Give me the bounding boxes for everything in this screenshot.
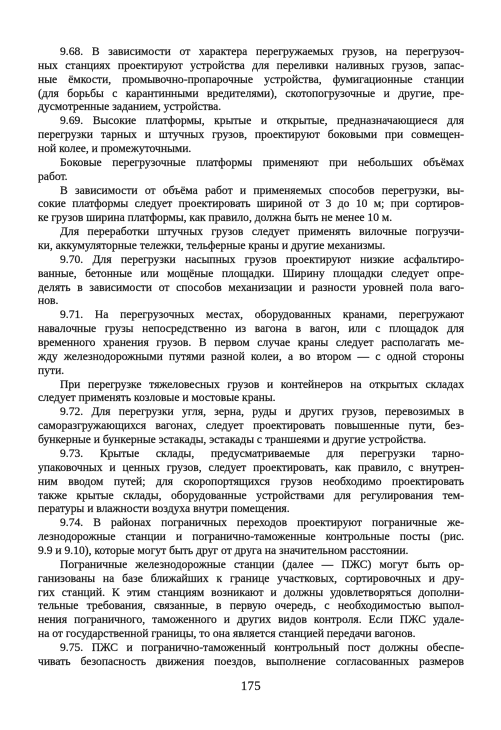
text-line: также крытые склады, оборудованные устро… <box>38 489 464 503</box>
text-line: ке грузов ширина платформы, как правило,… <box>38 211 464 225</box>
text-line: делять в зависимости от способов механиз… <box>38 281 464 295</box>
text-line: ганизованы на базе ближайших к границе у… <box>38 572 464 586</box>
paragraph-border-stations: Пограничные железнодорожные станции (дал… <box>38 558 464 641</box>
text-line: 9.68. В зависимости от характера перегру… <box>38 45 464 59</box>
text-line: сокие платформы следует проектировать ши… <box>38 197 464 211</box>
text-line: ные ёмкости, промывочно-пропарочные устр… <box>38 73 464 87</box>
text-line: 9.70. Для перегрузки насыпных грузов про… <box>38 253 464 267</box>
text-line: бункерные и бункерные эстакады, эстакады… <box>38 433 464 447</box>
text-line: (для борьбы с карантинными вредителями),… <box>38 87 464 101</box>
text-line: ванные, бетонные или мощёные площадки. Ш… <box>38 267 464 281</box>
text-line: временного хранения грузов. В первом слу… <box>38 336 464 350</box>
text-line: ных станциях проектируют устройства для … <box>38 59 464 73</box>
text-line: 9.9 и 9.10), которые могут быть друг от … <box>38 544 464 558</box>
text-line: 9.71. На перегрузочных местах, оборудова… <box>38 308 464 322</box>
paragraph-9-72: 9.72. Для перегрузки угля, зерна, руды и… <box>38 405 464 447</box>
text-line: тельные требования, связанные, в первую … <box>38 599 464 613</box>
text-line: навалочные грузы непосредственно из ваго… <box>38 322 464 336</box>
paragraph-side-platforms: Боковые перегрузочные платформы применяю… <box>38 156 464 184</box>
text-line: ним вводом путей; для скоропортящихся гр… <box>38 475 464 489</box>
paragraph-9-70: 9.70. Для перегрузки насыпных грузов про… <box>38 253 464 308</box>
text-line: нения пограничного, таможенного и других… <box>38 613 464 627</box>
text-line: дусмотренные заданием, устройства. <box>38 100 464 114</box>
text-line: 9.74. В районах пограничных переходов пр… <box>38 516 464 530</box>
text-line: Боковые перегрузочные платформы применяю… <box>38 156 464 170</box>
text-line: жду железнодорожными путями разной колеи… <box>38 350 464 364</box>
paragraph-9-75: 9.75. ПЖС и погранично-таможенный контро… <box>38 641 464 669</box>
paragraph-platform-width: В зависимости от объёма работ и применяе… <box>38 184 464 226</box>
text-line: следует применять козловые и мостовые кр… <box>38 391 464 405</box>
document-page: 9.68. В зависимости от характера перегру… <box>0 0 501 730</box>
paragraph-9-71: 9.71. На перегрузочных местах, оборудова… <box>38 308 464 377</box>
paragraph-9-74: 9.74. В районах пограничных переходов пр… <box>38 516 464 558</box>
text-line: лезнодорожные станции и погранично-тамож… <box>38 530 464 544</box>
text-line: саморазгружающихся вагонах, следует прое… <box>38 419 464 433</box>
text-line: ки, аккумуляторные тележки, тельферные к… <box>38 239 464 253</box>
text-line: на от государственной границы, то она яв… <box>38 627 464 641</box>
text-line: В зависимости от объёма работ и применяе… <box>38 184 464 198</box>
paragraph-piece-goods: Для переработки штучных грузов следует п… <box>38 225 464 253</box>
text-line: Пограничные железнодорожные станции (дал… <box>38 558 464 572</box>
paragraph-9-73: 9.73. Крытые склады, предусматриваемые д… <box>38 447 464 516</box>
text-line: 9.69. Высокие платформы, крытые и открыт… <box>38 114 464 128</box>
paragraph-heavy-cargo: При перегрузке тяжеловесных грузов и кон… <box>38 378 464 406</box>
text-line: Для переработки штучных грузов следует п… <box>38 225 464 239</box>
paragraph-9-68: 9.68. В зависимости от характера перегру… <box>38 45 464 114</box>
text-line: пути. <box>38 364 464 378</box>
text-line: упаковочных и ценных грузов, следует про… <box>38 461 464 475</box>
text-line: При перегрузке тяжеловесных грузов и кон… <box>38 378 464 392</box>
text-line: чивать безопасность движения поездов, вы… <box>38 655 464 669</box>
text-line: 9.75. ПЖС и погранично-таможенный контро… <box>38 641 464 655</box>
text-line: 9.73. Крытые склады, предусматриваемые д… <box>38 447 464 461</box>
paragraph-9-69: 9.69. Высокие платформы, крытые и открыт… <box>38 114 464 156</box>
text-line: 9.72. Для перегрузки угля, зерна, руды и… <box>38 405 464 419</box>
page-number: 175 <box>38 679 464 694</box>
text-line: ной колее, и промежуточными. <box>38 142 464 156</box>
text-line: нов. <box>38 294 464 308</box>
text-line: перегрузки тарных и штучных грузов, прое… <box>38 128 464 142</box>
text-line: гих станций. К этим станциям возникают и… <box>38 586 464 600</box>
text-line: пературы и влажности воздуха внутри поме… <box>38 502 464 516</box>
text-line: работ. <box>38 170 464 184</box>
